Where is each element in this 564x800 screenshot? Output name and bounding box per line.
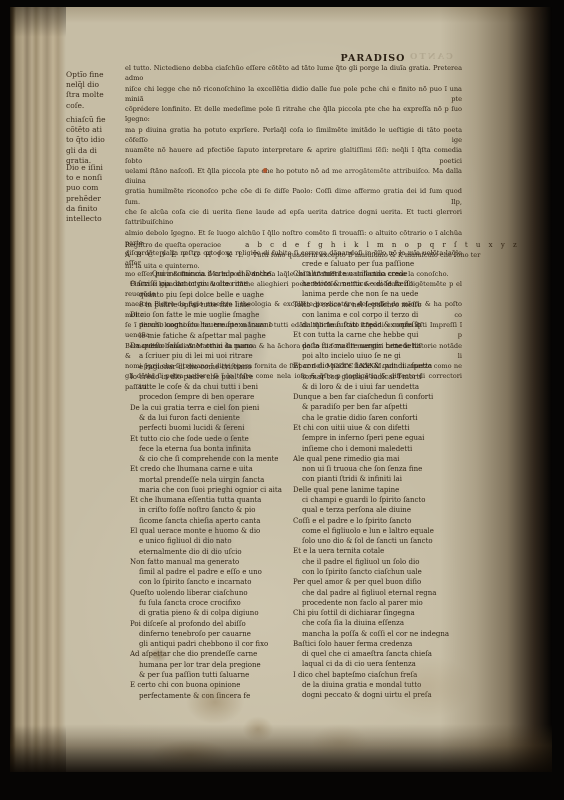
verse-line: con lo ſpirito ſancto e incarnato (130, 577, 295, 587)
verse-line: procedon ſempre di ben operare (130, 392, 295, 402)
verse-line: ſempre in inferno ſperi pene eguai (293, 433, 467, 443)
prose-line: cõprédere lonfinito. Et delle medeſime p… (125, 104, 462, 125)
verse-line: e ragionar di dio come criſtiano (130, 362, 295, 372)
verse-line: & da lui furon facti deniente (130, 413, 295, 423)
prose-line: niſce chi legge che nõ riconoſchino la e… (125, 84, 462, 105)
verse-line: & paradiſo per ben far aſpetti (293, 402, 467, 412)
verse-line: fece la eterna ſua bonta infinita (130, 444, 295, 454)
verse-line: eternalmente dio di dio uſcio (130, 547, 295, 557)
verse-line: De la cui gratia terra e ciel ſon pieni (130, 403, 295, 413)
verse-line: poi alto incielo uiuo ſe ne gi (293, 351, 467, 361)
verse-line: ci champi e guardi lo ſpirito ſancto (293, 495, 467, 505)
showthrough-verso-title: CANTO (408, 52, 453, 62)
verse-line: percho cognoſco hauere ſpexo inuano (130, 320, 295, 330)
verse-line: Chi altramente uacillando crede (293, 269, 467, 279)
verse-line: che dal padre al figliuol eternal regna (293, 588, 467, 598)
register-capitals: A B C D E F G H I K L (125, 251, 245, 259)
verse-line: come el figliuolo e lun e laltro equale (293, 526, 467, 536)
verse-line: Et credo che lhumana carne e uita (130, 464, 295, 474)
verse-line: Di cio ſon fatte le mie uoglie ſmaghe (130, 310, 295, 320)
verse-line: Ale qual pene rimedio gia mai (293, 454, 467, 464)
verse-line: Coſſi e el padre e lo ſpirito ſancto (293, 516, 467, 526)
credo-left-column: Qui incomincia il credo di Danthe. O ſcr… (130, 269, 295, 701)
verse-line: ſolo uno dio & ſol de ſancti un ſancto (293, 536, 467, 546)
prose-line: ma p diuina gratia ha potuto exprĩere. P… (125, 125, 462, 146)
verse-line: & cio che ſi comprehende con la mente (130, 454, 295, 464)
margin-note-line: prehẽder (66, 194, 124, 204)
verse-line: le mie fatiche & aſpettar mal paghe (130, 331, 295, 341)
verse-line: in criſto foſſe noſtro ſancto & pio (130, 505, 295, 515)
register-label: Regiſtro de queſta operacioe (125, 241, 221, 249)
verse-line: perfectamente & con ſincera fe (130, 691, 295, 701)
register-line-1: Regiſtro de queſta operacioea b c d e f … (125, 240, 467, 250)
verse-line: Queſto uolendo liberar ciaſchuno (130, 588, 295, 598)
verse-line: Et tutto cio che ſode uede o ſente (130, 434, 295, 444)
verse-line: Et che lhumana eſſentia tutta quanta (130, 495, 295, 505)
margin-note-line: cõtẽto ati (66, 125, 124, 135)
verse-line: mancha la poſſa & coſſi el cor ne indegn… (293, 629, 467, 639)
book-page: PARADISO CANTO Optĩo finenelq̃l dioſtra … (10, 7, 552, 772)
verse-line: Et e la uera ternita cotale (293, 546, 467, 556)
verse-line: Et con dio padre ſiede & quindi aſpetta (293, 361, 467, 371)
margin-note-line: Optĩo fine (66, 70, 124, 80)
margin-note: chiaſcũ fiecõtẽto atito q̃to idiogli da … (66, 115, 124, 166)
register-alphabet: a b c d e f g h i k l m n o p q r ſ t u … (245, 241, 519, 249)
margin-note-line: coſe. (66, 101, 124, 111)
verse-line: ſicome ſancta chieſia aperto canta (130, 516, 295, 526)
verse-line: inſieme cho i demoni maledetti (293, 444, 467, 454)
credo-right-column: crede e ſaluato per ſua paſſioneChi altr… (293, 259, 467, 701)
verse-line: da la ſua madre uergin benedetta (293, 341, 467, 351)
margin-note-line: da finito (66, 204, 124, 214)
verse-line: che il padre el figliuol un ſolo dio (293, 557, 467, 567)
verse-line: O ſcriſſi gia damor piu uolte rime (130, 279, 295, 289)
verse-line: Delle qual pene lanime tapine (293, 485, 467, 495)
verse-line: gli antiqui padri chebbono il cor fixo (130, 639, 295, 649)
verse-line: Tolto di croce & nel ſepulchro meſſo (293, 300, 467, 310)
verse-line: Baſtici ſolo hauer ferma credenza (293, 639, 467, 649)
verse-line: Et con tutta la carne che hebbe qui (293, 330, 467, 340)
bottom-edge-shadow (10, 724, 552, 772)
verse-line: da morte ſuſcito credo & confeſſo (293, 320, 467, 330)
verse-line: E certo chi con buona opinione (130, 680, 295, 690)
verse-line: tutte le coſe & da chui tutti i beni (130, 382, 295, 392)
verse-line: maria che con ſuoi prieghi ognior ci ait… (130, 485, 295, 495)
verse-line: cha le gratie didio ſaren conforti (293, 413, 467, 423)
verse-line: humana per lor trar dela pregione (130, 660, 295, 670)
verse-line: & di loro & de i uiui far uendetta (293, 382, 467, 392)
verse-line: dinferno tenebroſo per cauarne (130, 629, 295, 639)
verse-line: Io credo in dio padre che puol fare (130, 372, 295, 382)
verse-line: Chi piu ſottil di dichiarar ſingegna (293, 608, 467, 618)
margin-note: Dio e iſinito e nonſipuo comprehẽderda f… (66, 163, 124, 224)
verse-line: con lo ſpirito ſancto ciaſchun uale (293, 567, 467, 577)
verse-line: mortal prendeſſe nela uirgin ſancta (130, 475, 295, 485)
margin-note-line: intellecto (66, 214, 124, 224)
verse-line: tornar con gloria a iudicar i morti (293, 372, 467, 382)
verse-line: qual e terza perſona ale diuine (293, 505, 467, 515)
page-stack-edge (10, 7, 66, 772)
margin-note: Optĩo finenelq̃l dioſtra moltecoſe. (66, 70, 124, 111)
red-ink-spot (263, 168, 267, 173)
prose-line: gratia humilmẽte riconoſco pche cõe di ſ… (125, 186, 462, 207)
prose-line: el tutto. Nictedieno debba ciaſchũo eſſe… (125, 63, 462, 84)
verse-line: Ad aſpettar che dio prendeſſe carne (130, 649, 295, 659)
verse-line: con pianti ſtridi & infiniti lai (293, 474, 467, 484)
margin-note-line: puo com (66, 183, 124, 193)
prose-line: nuamẽte nõ hauere ad pfectiõe ſaputo int… (125, 145, 462, 166)
verse-line: crede e ſaluato per ſua paſſione (293, 259, 467, 269)
verse-line: a ſcriuer piu di lei mi uoi ritrare (130, 351, 295, 361)
verse-line: & per ſua paſſion tutti ſaluarne (130, 670, 295, 680)
margin-note-line: gli da di (66, 146, 124, 156)
verse-line: El qual uerace monte e huomo & dio (130, 526, 295, 536)
verse-line: lanima perde che non ſe na uede (293, 289, 467, 299)
margin-note-line: nelq̃l dio (66, 80, 124, 90)
verse-line: Non fatto manual ma generato (130, 557, 295, 567)
book-photo: PARADISO CANTO Optĩo finenelq̃l dioſtra … (0, 0, 564, 800)
verse-line: laqual ci da di cio uera ſentenza (293, 659, 467, 669)
verse-line: Per quel amor & per quel buon diſio (293, 577, 467, 587)
verse-line: di quel che ci amaeſtra ſancta chieſa (293, 649, 467, 659)
verse-line: Da queſto falſo amor omai la mano (130, 341, 295, 351)
margin-note-line: Dio e iſini (66, 163, 124, 173)
verse-line: quanto piu ſepi dolce belle e uaghe (130, 290, 295, 300)
prose-line: che ſe alcũa coſa cie di uerita ſiene la… (125, 207, 462, 228)
margin-note-line: chiaſcũ fie (66, 115, 124, 125)
verse-line: ſimil al padre el padre e eſſo e uno (130, 567, 295, 577)
verse-line: perfecti buomi lucidi & ſereni (130, 423, 295, 433)
credo-heading: Qui incomincia il credo di Danthe. (130, 269, 295, 279)
verse-line: Dunque a ben far ciaſchedun ſi conforti (293, 392, 467, 402)
verse-line: heretico & nemico e di ſe ſteſſo (293, 279, 467, 289)
margin-note-line: to e nonſi (66, 173, 124, 183)
verse-line: Et chi con uitii uiue & con difetti (293, 423, 467, 433)
verse-line: non ui ſi truoua che ſon ſenza fine (293, 464, 467, 474)
verse-line: I dico chel bapteſmo ciaſchun freſa (293, 670, 467, 680)
margin-note-line: to q̃to idio (66, 135, 124, 145)
verse-line: de la diuina gratia e mondal tutto (293, 680, 467, 690)
verse-line: e in pulirle oprai tutte mie lime (130, 300, 295, 310)
verse-line: e unico figliuol di dio nato (130, 536, 295, 546)
verse-line: dogni peccato & dogni uirtu el preſa (293, 690, 467, 700)
verse-line: con lanima e col corpo il terzo di (293, 310, 467, 320)
prose-line: uelami ſtãno naſcoſi. Et q̃lla piccola p… (125, 166, 462, 187)
margin-note-line: ſtra molte (66, 90, 124, 100)
verse-line: che coſa ſia la diuina eſſenza (293, 618, 467, 628)
verse-line: Poi diſceſe al profondo del abiſſo (130, 619, 295, 629)
verse-line: fu ſula ſancta croce crocifixo (130, 598, 295, 608)
verse-line: procedente non faclo al parer mio (293, 598, 467, 608)
verse-line: di gratia pieno & di colpa digiuno (130, 608, 295, 618)
